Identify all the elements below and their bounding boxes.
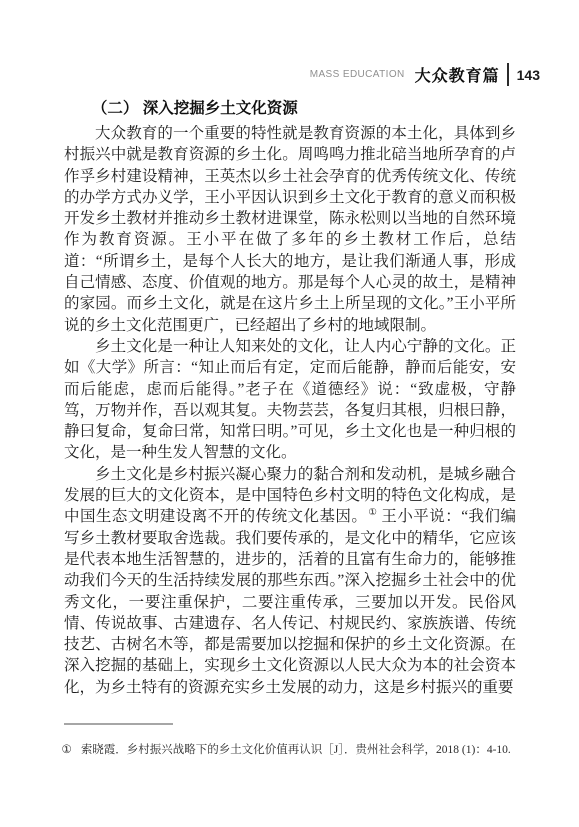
footnote: ①索晓霞．乡村振兴战略下的乡土文化价值再认识［J］．贵州社会科学，2018 (1… [50,741,516,760]
paragraph-2: 乡土文化是一种让人知来处的文化，让人内心宁静的文化。正如《大学》所言：“知止而后… [64,336,516,464]
paragraph-1: 大众教育的一个重要的特性就是教育资源的本土化，具体到乡村振兴中就是教育资源的乡土… [64,123,516,336]
paragraph-3: 乡土文化是乡村振兴凝心聚力的黏合剂和发动机，是城乡融合发展的巨大的文化资本，是中… [64,464,516,698]
header-series-english: MASS EDUCATION [310,69,405,80]
paragraph-3-continued: 王小平说：“我们编写乡土教材要取舍选裁。我们要传承的，是文化中的精华，它应该是代… [64,508,516,695]
page-body: （二） 深入挖掘乡土文化资源 大众教育的一个重要的特性就是教育资源的本土化，具体… [64,97,516,698]
footnote-reference: ① [368,508,377,518]
footnote-marker: ① [62,744,72,756]
page-header: MASS EDUCATION 大众教育篇 143 [310,62,540,87]
header-divider [507,63,509,86]
page-number: 143 [517,67,540,83]
section-heading: （二） 深入挖掘乡土文化资源 [64,97,516,120]
footnote-divider [64,723,173,725]
header-series-chinese: 大众教育篇 [415,63,500,86]
footnote-text: 索晓霞．乡村振兴战略下的乡土文化价值再认识［J］．贵州社会科学，2018 (1)… [81,744,511,756]
book-page: MASS EDUCATION 大众教育篇 143 （二） 深入挖掘乡土文化资源 … [0,0,579,827]
